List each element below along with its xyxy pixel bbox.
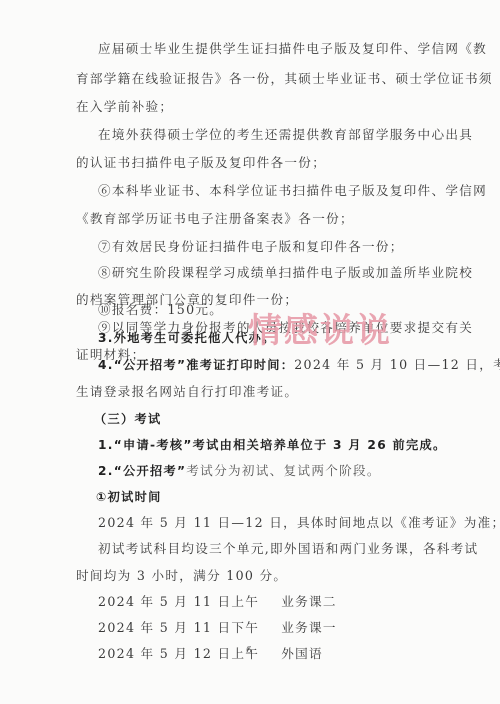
schedule-time: 2024 年 5 月 11 日下午 — [98, 620, 259, 635]
text-line: 在境外获得硕士学位的考生还需提供教育部留学服务中心出具 — [98, 127, 448, 143]
page-number: 6 — [246, 646, 252, 656]
prelim-desc: 初试考试科目均设三个单元,即外国语和两门业务课，各科考试 — [98, 541, 448, 557]
text-line: 育部学籍在线验证报告》各一份，其硕士毕业证书、硕士学位证书须 — [76, 71, 426, 87]
schedule-time: 2024 年 5 月 11 日上午 — [98, 594, 259, 609]
schedule-time: 2024 年 5 月 12 日上午 — [98, 646, 259, 661]
text-line: 应届硕士毕业生提供学生证扫描件电子版及复印件、学信网《教 — [98, 41, 448, 57]
text-line: 《教育部学历证书电子注册备案表》各一份； — [76, 211, 426, 227]
exam-item-2: 2.“公开招考”考试分为初试、复试两个阶段。 — [98, 463, 448, 479]
schedule-row: 2024 年 5 月 12 日上午外国语 — [98, 646, 448, 662]
item-4-dates: 2024 年 5 月 10 日—12 日，考 — [294, 357, 500, 372]
item-4: 4.“公开招考”准考证打印时间：2024 年 5 月 10 日—12 日，考 — [98, 357, 448, 373]
item-4-continued: 生请登录报名网站自行打印准考证。 — [76, 384, 426, 400]
text-line: ⑥本科毕业证书、本科学位证书扫描件电子版及复印件、学信网 — [98, 183, 448, 199]
exam-item-1: 1.“申请-考核”考试由相关培养单位于 3 月 26 前完成。 — [98, 437, 448, 453]
text-line: ⑦有效居民身份证扫描件电子版和复印件各一份； — [98, 239, 448, 255]
schedule-row: 2024 年 5 月 11 日上午业务课二 — [98, 594, 448, 610]
schedule-row: 2024 年 5 月 11 日下午业务课一 — [98, 620, 448, 636]
section-3-title: （三）考试 — [94, 411, 444, 427]
schedule-subject: 业务课二 — [281, 594, 337, 610]
schedule-subject: 业务课一 — [281, 620, 337, 636]
text-line: 在入学前补验； — [76, 99, 426, 115]
watermark: 情感说说 — [248, 311, 392, 351]
exam-item-2-text: 考试分为初试、复试两个阶段。 — [186, 463, 381, 478]
prelim-desc-continued: 时间均为 3 小时，满分 100 分。 — [76, 568, 426, 584]
schedule-subject: 外国语 — [281, 646, 323, 662]
prelim-date: 2024 年 5 月 11 日—12 日，具体时间地点以《准考证》为准； — [98, 515, 448, 531]
prelim-title: ①初试时间 — [96, 489, 446, 505]
exam-item-2-label: 2.“公开招考” — [98, 464, 186, 478]
item-4-label: 4.“公开招考”准考证打印时间： — [98, 358, 294, 372]
text-line: 的认证书扫描件电子版及复印件各一份； — [76, 155, 426, 171]
text-line: ⑧研究生阶段课程学习成绩单扫描件电子版或加盖所毕业院校 — [98, 265, 448, 281]
